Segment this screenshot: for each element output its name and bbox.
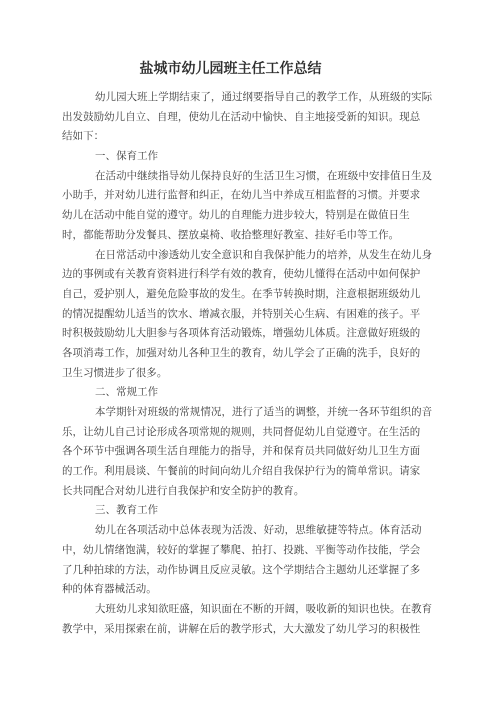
paragraph-line: 幼儿园大班上学期结束了，通过纲要指导自己的教学工作，从班级的实际: [62, 88, 423, 108]
document-page: 盐城市幼儿园班主任工作总结 幼儿园大班上学期结束了，通过纲要指导自己的教学工作，…: [0, 0, 500, 707]
paragraph-line: 长共同配合对幼儿进行自我保护和安全防护的教育。: [62, 482, 423, 502]
paragraph-line: 时，都能帮助分发餐具、摆放桌椅、收拾整理好教室、挂好毛巾等工作。: [62, 226, 423, 246]
paragraph-line: 乐，让幼儿自己讨论形成各项常规的规则，共同督促幼儿自觉遵守。在生活的: [62, 423, 423, 443]
paragraph-line: 边的事例或有关教育资料进行科学有效的教育，使幼儿懂得在活动中如何保护: [62, 265, 423, 285]
paragraph-line: 中，幼儿情绪饱满，较好的掌握了攀爬、拍打、投跳、平衡等动作技能，学会: [62, 541, 423, 561]
paragraph-line: 时积极鼓励幼儿大胆参与各项体育活动锻炼，增强幼儿体质。注意做好班级的: [62, 324, 423, 344]
section-heading: 一、保育工作: [62, 147, 423, 167]
paragraph-line: 幼儿在活动中能自觉的遵守。幼儿的自理能力进步较大，特别是在做值日生: [62, 206, 423, 226]
paragraph-line: 本学期针对班级的常规情况，进行了适当的调整，并统一各环节组织的音: [62, 403, 423, 423]
paragraph-line: 各个环节中强调各项生活自理能力的指导，并和保育员共同做好幼儿卫生方面: [62, 442, 423, 462]
paragraph-line: 卫生习惯进步了很多。: [62, 364, 423, 384]
paragraph-line: 在活动中继续指导幼儿保持良好的生活卫生习惯，在班级中安排值日生及: [62, 167, 423, 187]
paragraph-line: 大班幼儿求知欲旺盛，知识面在不断的开阔，吸收新的知识也快。在教育: [62, 600, 423, 620]
paragraph-line: 的工作。利用晨谈、午餐前的时间向幼儿介绍自我保护行为的简单常识。请家: [62, 462, 423, 482]
paragraph-line: 幼儿在各项活动中总体表现为活泼、好动，思维敏捷等特点。体育活动: [62, 521, 423, 541]
section-heading: 三、教育工作: [62, 501, 423, 521]
paragraph-line: 的情况提醒幼儿适当的饮水、增减衣服，并特别关心生病、有困难的孩子。平: [62, 305, 423, 325]
paragraph-line: 自己，爱护别人，避免危险事故的发生。在季节转换时期，注意根据班级幼儿: [62, 285, 423, 305]
paragraph-line: 在日常活动中渗透幼儿安全意识和自我保护能力的培养，从发生在幼儿身: [62, 246, 423, 266]
paragraph-line: 结如下：: [62, 127, 423, 147]
paragraph-line: 小助手，并对幼儿进行监督和纠正，在幼儿当中养成互相监督的习惯。并要求: [62, 186, 423, 206]
document-title: 盐城市幼儿园班主任工作总结: [50, 57, 411, 83]
document-content: 盐城市幼儿园班主任工作总结 幼儿园大班上学期结束了，通过纲要指导自己的教学工作，…: [0, 0, 423, 639]
section-heading: 二、常规工作: [62, 383, 423, 403]
paragraph-line: 教学中，采用探索在前，讲解在后的教学形式，大大激发了幼儿学习的积极性: [62, 620, 423, 640]
document-body: 幼儿园大班上学期结束了，通过纲要指导自己的教学工作，从班级的实际出发鼓励幼儿自立…: [62, 88, 423, 639]
paragraph-line: 各项消毒工作，加强对幼儿各种卫生的教育，幼儿学会了正确的洗手，良好的: [62, 344, 423, 364]
paragraph-line: 出发鼓励幼儿自立、自理，使幼儿在活动中愉快、自主地接受新的知识。现总: [62, 108, 423, 128]
paragraph-line: 种的体育器械活动。: [62, 580, 423, 600]
paragraph-line: 了几种拍球的方法，动作协调且反应灵敏。这个学期结合主题幼儿还掌握了多: [62, 561, 423, 581]
